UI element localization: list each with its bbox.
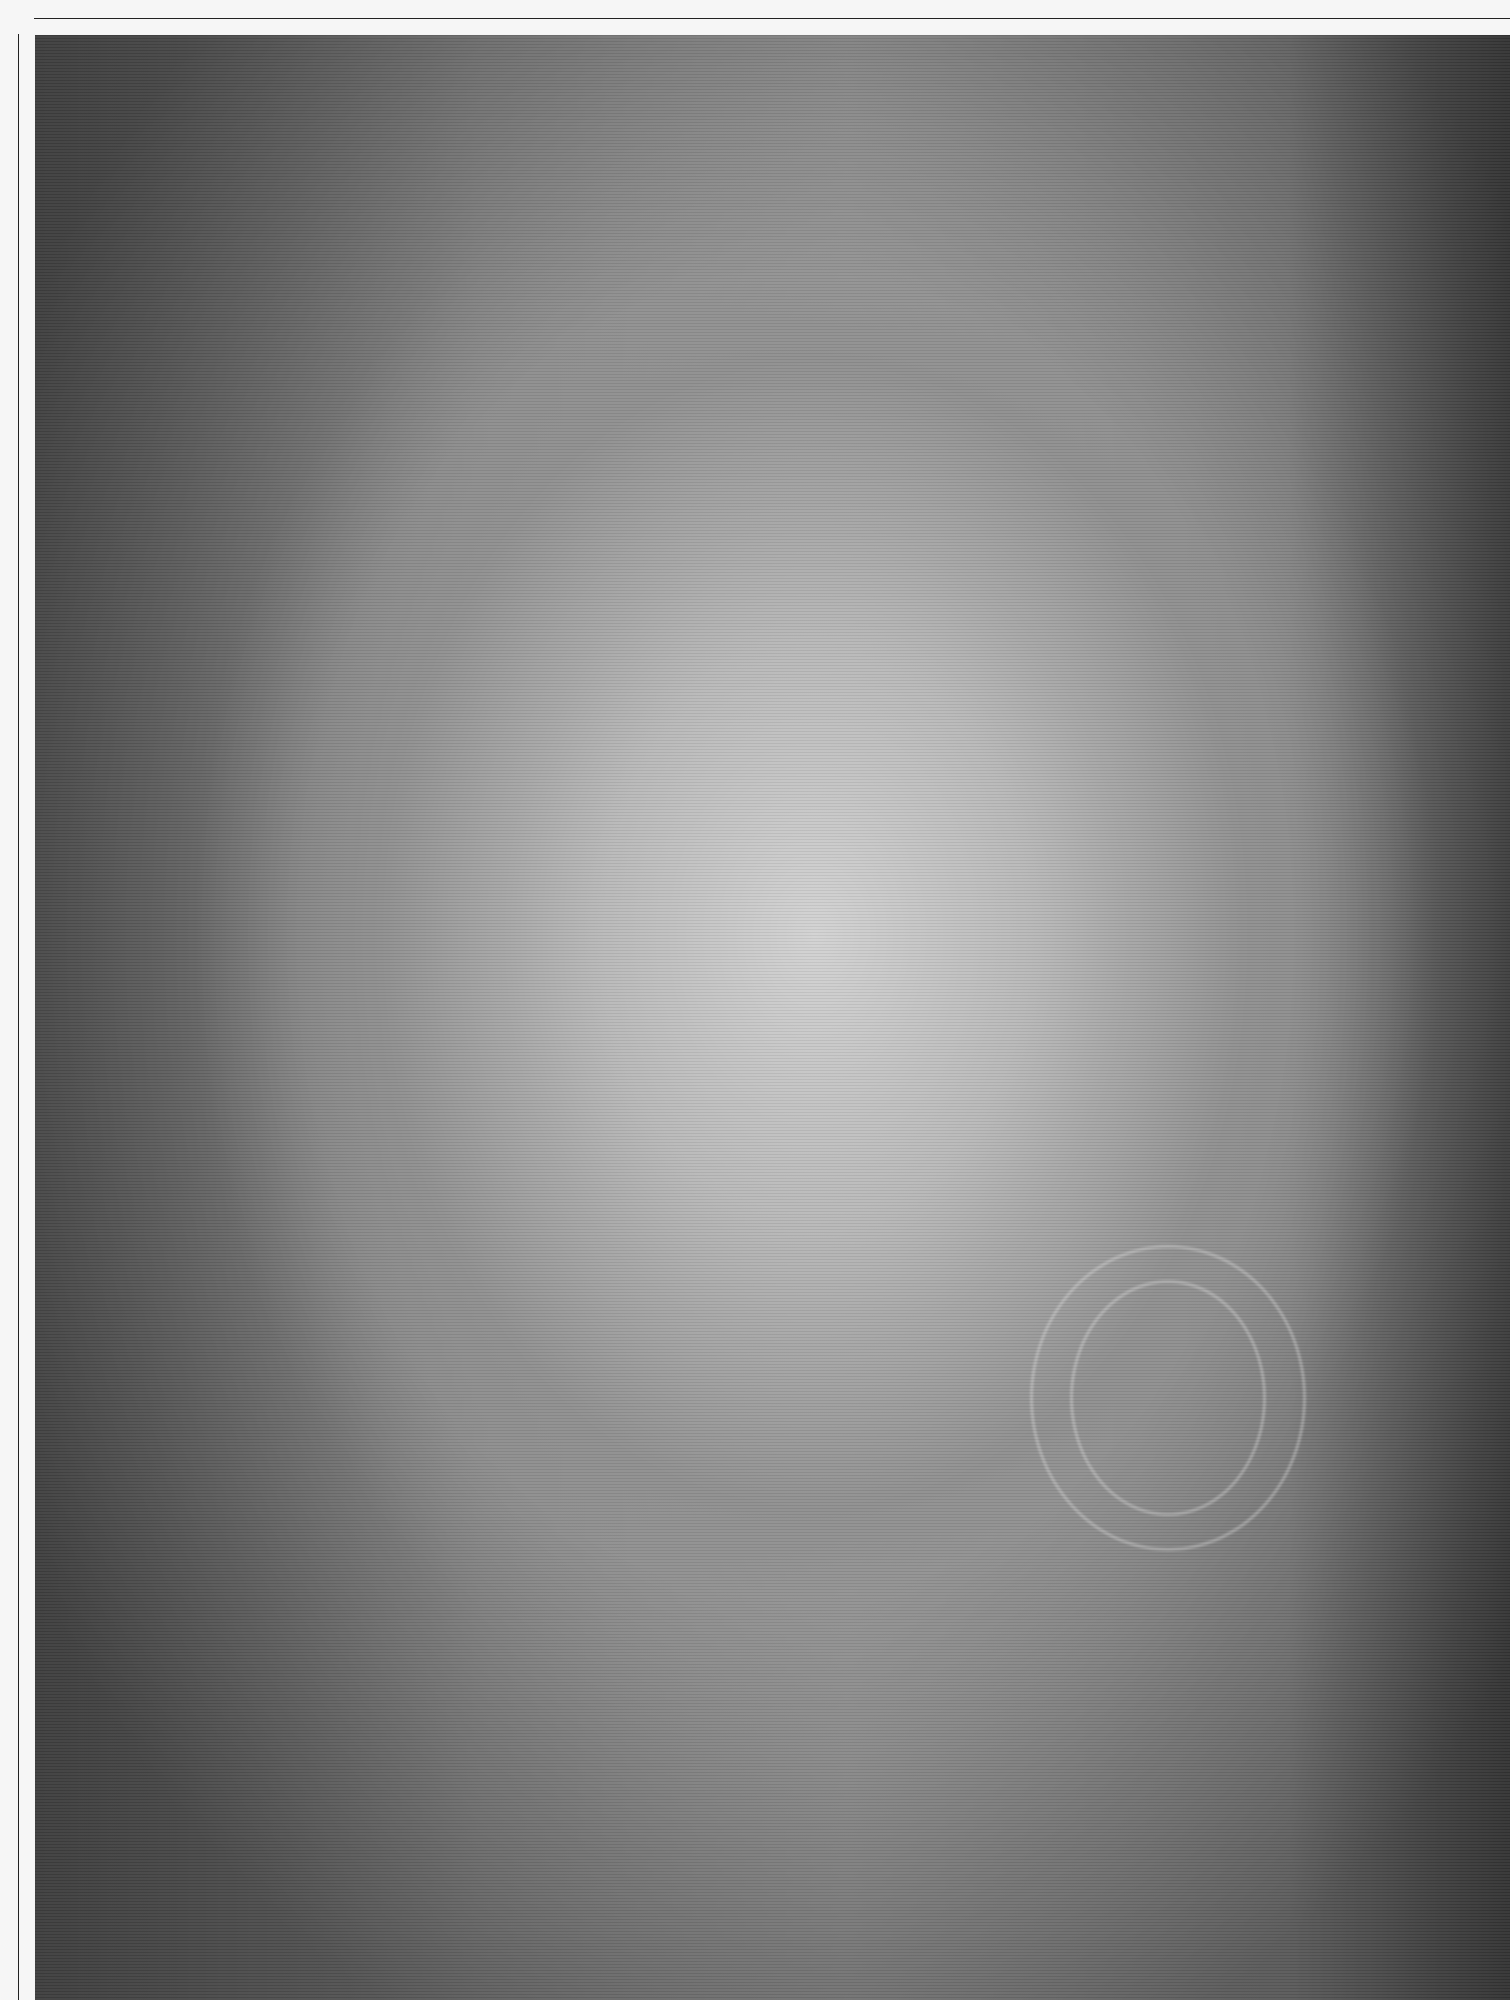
ruler-corner <box>0 0 34 34</box>
watermark-arc <box>1070 1280 1266 1516</box>
ruler-baseline <box>18 18 1510 19</box>
manuscript-scan <box>35 35 1510 2000</box>
ruler-horizontal <box>0 0 1510 34</box>
scan-vignette <box>35 35 1510 2000</box>
ruler-baseline <box>18 18 19 2000</box>
ruler-vertical <box>0 0 34 2000</box>
